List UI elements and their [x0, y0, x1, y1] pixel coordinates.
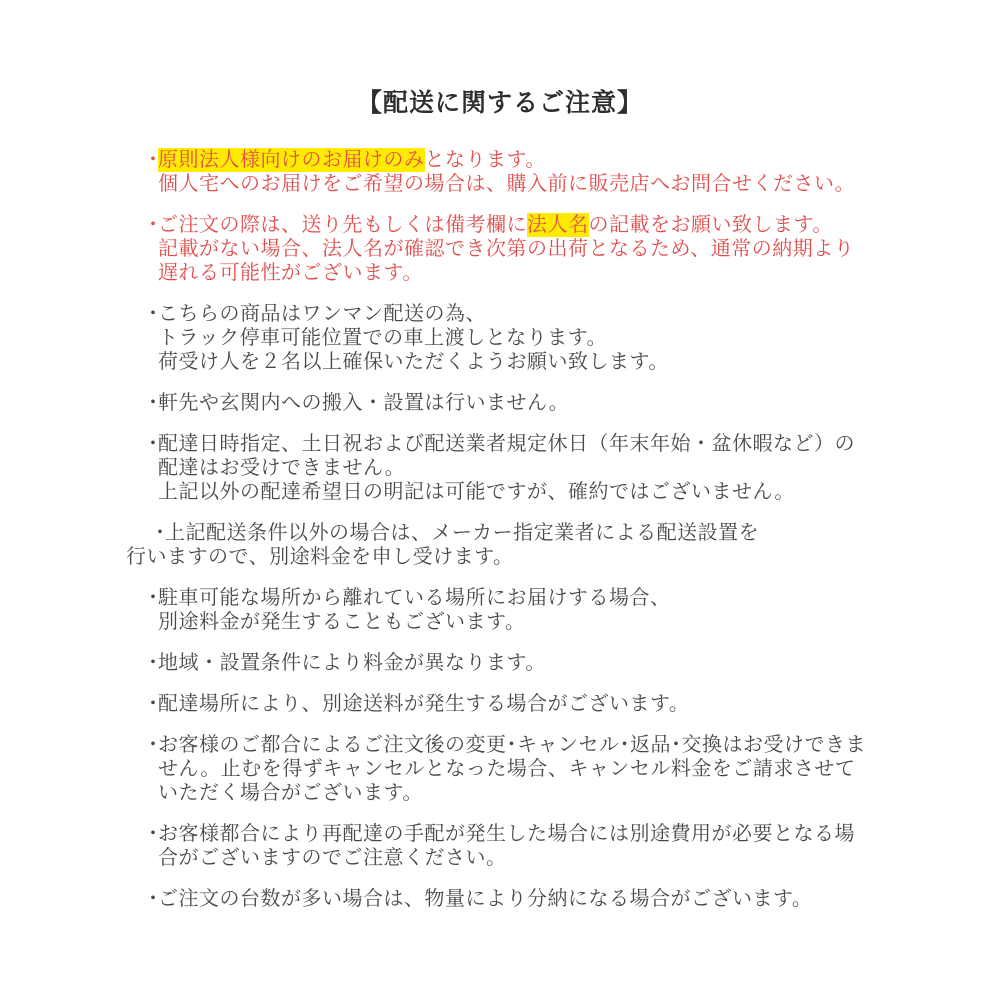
- list-item: ・地域・設置条件により料金が異なります。: [143, 651, 1000, 675]
- notice-text: 軒先や玄関内への搬入・設置は行いません。: [158, 392, 569, 414]
- list-item: ・上記配送条件以外の場合は、メーカー指定業者による配送設置を行いますので、別途料…: [143, 521, 1000, 569]
- bullet-marker: ・: [143, 822, 158, 846]
- bullet-marker: ・: [143, 213, 158, 237]
- notice-line: 合がございますのでご注意ください。: [158, 846, 1000, 870]
- notice-text: いただく場合がございます。: [158, 782, 423, 804]
- notice-text: 配達場所により、別途送料が発生する場合がございます。: [158, 693, 689, 715]
- notice-text: 記載がない場合、法人名が確認でき次第の出荷となるため、通常の納期より: [158, 238, 854, 260]
- bullet-marker: ・: [143, 651, 158, 675]
- bullet-marker: ・: [143, 586, 158, 610]
- notice-text: せん。止むを得ずキャンセルとなった場合、キャンセル料金をご請求させて: [158, 758, 855, 780]
- notice-text: 個人宅へのお届けをご希望の場合は、購入前に販売店へお問合せください。: [158, 173, 855, 195]
- bullet-marker: ・: [143, 148, 158, 172]
- notice-text: 行いますので、別途料金を申し受けます。: [126, 546, 514, 568]
- notice-first-line: ・駐車可能な場所から離れている場所にお届けする場合、: [143, 586, 1000, 610]
- notice-first-line: ・こちらの商品はワンマン配送の為、: [143, 302, 1000, 326]
- bullet-marker: ・: [143, 692, 158, 716]
- notice-first-line: ・地域・設置条件により料金が異なります。: [143, 651, 1000, 675]
- notice-line: 別途料金が発生することもございます。: [158, 610, 1000, 634]
- notice-list: ・原則法人様向けのお届けのみとなります。個人宅へのお届けをご希望の場合は、購入前…: [143, 148, 1000, 911]
- notice-line: いただく場合がございます。: [158, 781, 1000, 805]
- notice-text: の記載をお願い致します。: [589, 214, 833, 236]
- list-item: ・原則法人様向けのお届けのみとなります。個人宅へのお届けをご希望の場合は、購入前…: [143, 148, 1000, 196]
- list-item: ・こちらの商品はワンマン配送の為、トラック停車可能位置での車上渡しとなります。荷…: [143, 302, 1000, 374]
- bullet-marker: ・: [143, 432, 158, 456]
- notice-text: ご注文の際は、送り先もしくは備考欄に: [158, 214, 527, 236]
- highlighted-text: 原則法人様向けのお届けのみ: [158, 148, 425, 172]
- list-item: ・お客様のご都合によるご注文後の変更･キャンセル･返品･交換はお受けできません。…: [143, 733, 1000, 805]
- notice-text: 合がございますのでご注意ください。: [158, 847, 507, 869]
- notice-first-line: ・原則法人様向けのお届けのみとなります。: [143, 148, 1000, 172]
- notice-first-line: ・配達場所により、別途送料が発生する場合がございます。: [143, 692, 1000, 716]
- notice-line: 荷受け人を２名以上確保いただくようお願い致します。: [158, 350, 1000, 374]
- list-item: ・軒先や玄関内への搬入・設置は行いません。: [143, 391, 1000, 415]
- notice-line: せん。止むを得ずキャンセルとなった場合、キャンセル料金をご請求させて: [158, 757, 1000, 781]
- notice-first-line: ・ご注文の際は、送り先もしくは備考欄に法人名の記載をお願い致します。: [143, 213, 1000, 237]
- list-item: ・駐車可能な場所から離れている場所にお届けする場合、別途料金が発生することもござ…: [143, 586, 1000, 634]
- list-item: ・ご注文の台数が多い場合は、物量により分納になる場合がございます。: [143, 887, 1000, 911]
- highlighted-text: 法人名: [527, 213, 589, 237]
- bullet-marker: ・: [143, 733, 158, 757]
- notice-text: 上記配送条件以外の場合は、メーカー指定業者による配送設置を: [165, 522, 759, 544]
- list-item: ・お客様都合により再配達の手配が発生した場合には別途費用が必要となる場合がござい…: [143, 822, 1000, 870]
- notice-first-line: ・軒先や玄関内への搬入・設置は行いません。: [143, 391, 1000, 415]
- notice-text: 地域・設置条件により料金が異なります。: [158, 652, 546, 674]
- bullet-marker: ・: [143, 391, 158, 415]
- notice-text: 荷受け人を２名以上確保いただくようお願い致します。: [158, 351, 669, 373]
- notice-first-line: ・お客様のご都合によるご注文後の変更･キャンセル･返品･交換はお受けできま: [143, 733, 1000, 757]
- notice-first-line: ・上記配送条件以外の場合は、メーカー指定業者による配送設置を: [150, 521, 1000, 545]
- notice-line: 記載がない場合、法人名が確認でき次第の出荷となるため、通常の納期より: [158, 237, 1000, 261]
- notice-line: 上記以外の配達希望日の明記は可能ですが、確約ではございません。: [158, 480, 1000, 504]
- notice-line: トラック停車可能位置での車上渡しとなります。: [158, 326, 1000, 350]
- notice-text: トラック停車可能位置での車上渡しとなります。: [158, 327, 607, 349]
- notice-line: 個人宅へのお届けをご希望の場合は、購入前に販売店へお問合せください。: [158, 172, 1000, 196]
- notice-text: お客様のご都合によるご注文後の変更･キャンセル･返品･交換はお受けできま: [158, 734, 866, 756]
- notice-first-line: ・ご注文の台数が多い場合は、物量により分納になる場合がございます。: [143, 887, 1000, 911]
- bullet-marker: ・: [150, 521, 165, 545]
- notice-line: 遅れる可能性がございます。: [158, 261, 1000, 285]
- page-title: 【配送に関するご注意】: [0, 0, 1000, 118]
- notice-text: となります。: [425, 149, 546, 171]
- notice-first-line: ・配達日時指定、土日祝および配送業者規定休日（年末年始・盆休暇など）の: [143, 432, 1000, 456]
- notice-text: 遅れる可能性がございます。: [158, 262, 423, 284]
- list-item: ・ご注文の際は、送り先もしくは備考欄に法人名の記載をお願い致します。記載がない場…: [143, 213, 1000, 285]
- notice-line: 行いますので、別途料金を申し受けます。: [126, 545, 1000, 569]
- notice-text: お客様都合により再配達の手配が発生した場合には別途費用が必要となる場: [158, 823, 855, 845]
- notice-text: ご注文の台数が多い場合は、物量により分納になる場合がございます。: [158, 888, 812, 910]
- notice-text: 駐車可能な場所から離れている場所にお届けする場合、: [158, 587, 671, 609]
- bullet-marker: ・: [143, 302, 158, 326]
- notice-text: こちらの商品はワンマン配送の為、: [158, 303, 486, 325]
- notice-line: 配達はお受けできません。: [158, 456, 1000, 480]
- notice-first-line: ・お客様都合により再配達の手配が発生した場合には別途費用が必要となる場: [143, 822, 1000, 846]
- notice-text: 別途料金が発生することもございます。: [158, 611, 525, 633]
- notice-text: 上記以外の配達希望日の明記は可能ですが、確約ではございません。: [158, 481, 795, 503]
- list-item: ・配達日時指定、土日祝および配送業者規定休日（年末年始・盆休暇など）の配達はお受…: [143, 432, 1000, 504]
- list-item: ・配達場所により、別途送料が発生する場合がございます。: [143, 692, 1000, 716]
- notice-text: 配達日時指定、土日祝および配送業者規定休日（年末年始・盆休暇など）の: [158, 433, 855, 455]
- notice-text: 配達はお受けできません。: [158, 457, 405, 479]
- bullet-marker: ・: [143, 887, 158, 911]
